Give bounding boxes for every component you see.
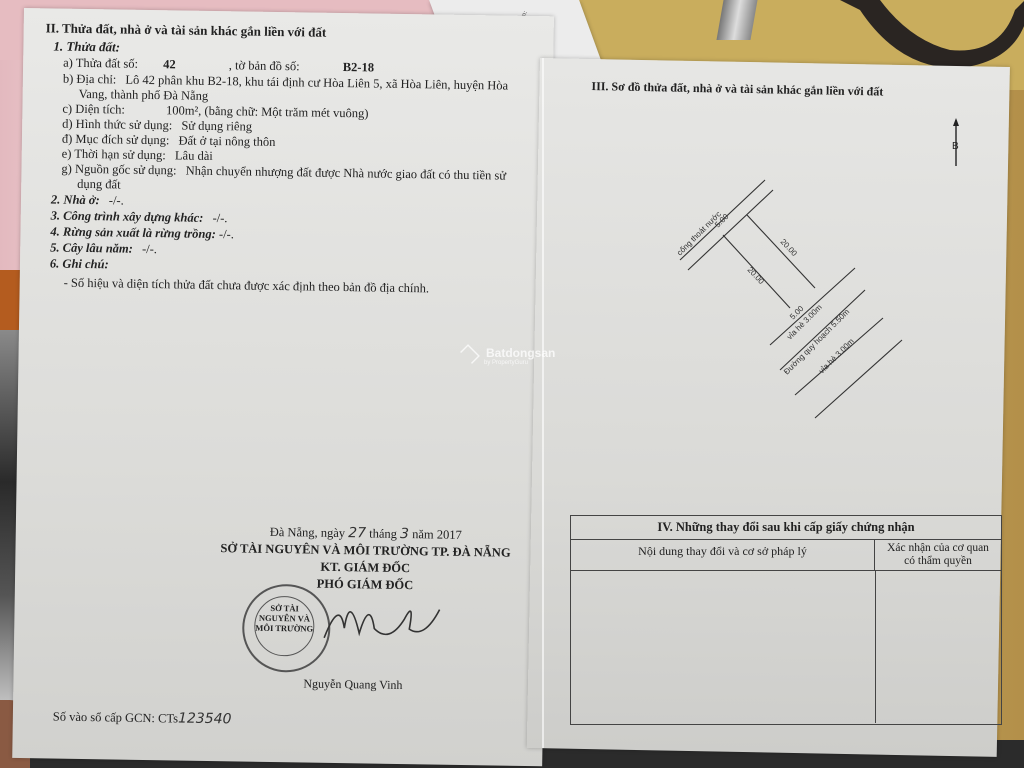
left-length-label: 20.00 [746,265,767,286]
item-2-label: 2. Nhà ở: [51,192,100,207]
item-6-label: 6. Ghi chú: [50,256,109,271]
map-sheet-label: , tờ bản đồ số: [229,58,300,73]
page-fold [542,58,544,748]
item-4-row: 4. Rừng sản xuất là rừng trồng: -/-. [50,224,234,242]
section-2-1-title: 1. Thửa đất: [53,38,120,55]
certificate-left-page: II. Thửa đất, nhà ở và tài sản khác gắn … [12,8,554,766]
usage-form-label: d) Hình thức sử dụng: [62,117,172,133]
col2-line1: Xác nhận của cơ quan [875,542,1001,555]
right-length-label: 20.00 [779,237,800,258]
item-5-value: -/-. [142,242,157,256]
month-handwritten: 3 [400,526,409,542]
leather-strap [840,0,1024,70]
item-3-row: 3. Công trình xây dựng khác: -/-. [51,208,228,226]
day-handwritten: 27 [348,525,366,541]
batdongsan-logo-icon [460,344,480,364]
area-label: c) Diện tích: [62,102,125,117]
usage-purpose-value: Đất ở tại nông thôn [178,133,275,149]
section-3-title: III. Sơ đồ thửa đất, nhà ở và tài sản kh… [591,79,883,100]
usage-term-value: Lâu dài [175,148,213,163]
usage-term-label: e) Thời hạn sử dụng: [62,147,166,163]
signature-block: Đà Nẵng, ngày 27 tháng 3 năm 2017 SỞ TÀI… [205,523,526,595]
watermark-brand: Batdongsan [486,346,555,360]
usage-origin-value-line2: dụng đất [77,177,121,193]
changes-table-body [571,571,1001,723]
section-2-title: II. Thửa đất, nhà ở và tài sản khác gắn … [46,20,327,40]
watermark-sub: by PropertyGuru [484,360,555,366]
gcn-number-handwritten: 123540 [178,711,232,728]
item-4-value: -/-. [219,227,234,241]
change-content-cell [571,571,876,723]
item-3-value: -/-. [212,211,227,225]
parcel-diagram: cống thoát nước 5.00 20.00 20.00 5.00 vỉ… [640,160,940,420]
signer-name: Nguyễn Quang Vinh [303,676,402,693]
drain-label: cống thoát nước [675,210,723,258]
changes-table-header: Nội dung thay đổi và cơ sở pháp lý Xác n… [571,540,1001,571]
section-4-title: IV. Những thay đổi sau khi cấp giấy chứn… [571,516,1001,540]
changes-table: IV. Những thay đổi sau khi cấp giấy chứn… [570,515,1002,725]
address-label: b) Địa chỉ: [63,72,117,87]
col2-line2: có thẩm quyền [875,555,1001,568]
north-arrow-icon: B [948,118,964,168]
year-text: năm 2017 [412,527,462,542]
map-sheet-value: B2-18 [343,60,374,74]
usage-form-value: Sử dụng riêng [181,118,252,133]
item-5-label: 5. Cây lâu năm: [50,240,133,255]
column-authority-confirmation: Xác nhận của cơ quan có thẩm quyền [875,540,1001,570]
item-6-row: 6. Ghi chú: [50,256,109,272]
gcn-label: Số vào sổ cấp GCN: CTs [53,710,178,726]
item-4-label: 4. Rừng sản xuất là rừng trồng: [50,224,216,241]
note-text: - Số hiệu và diện tích thửa đất chưa đượ… [64,276,430,297]
usage-origin-row: g) Nguồn gốc sử dụng: Nhận chuyển nhượng… [61,162,506,184]
sidewalk-2-label: vỉa hè 3.00m [817,336,856,375]
item-2-value: -/-. [109,193,124,207]
batdongsan-watermark: Batdongsan by PropertyGuru [458,346,555,366]
column-change-content: Nội dung thay đổi và cơ sở pháp lý [571,540,875,570]
usage-origin-label: g) Nguồn gốc sử dụng: [61,162,176,178]
date-prefix: Đà Nẵng, ngày [270,525,346,540]
gcn-number-row: Số vào sổ cấp GCN: CTs123540 [53,709,232,728]
stamp-center-text: SỞ TÀI NGUYÊN VÀ MÔI TRƯỜNG [254,596,315,657]
item-5-row: 5. Cây lâu năm: -/-. [50,240,157,257]
signature-scrawl [314,588,445,650]
usage-origin-value-line1: Nhận chuyển nhượng đất được Nhà nước gia… [186,164,507,183]
parcel-number-label: a) Thửa đất số: [63,56,138,71]
item-2-row: 2. Nhà ở: -/-. [51,192,124,208]
month-prefix: tháng [369,526,397,540]
svg-text:B: B [952,141,959,152]
parcel-number-value: 42 [163,57,176,71]
usage-purpose-label: đ) Mục đích sử dụng: [62,132,170,148]
metal-buckle [716,0,757,40]
item-3-label: 3. Công trình xây dựng khác: [51,208,204,224]
